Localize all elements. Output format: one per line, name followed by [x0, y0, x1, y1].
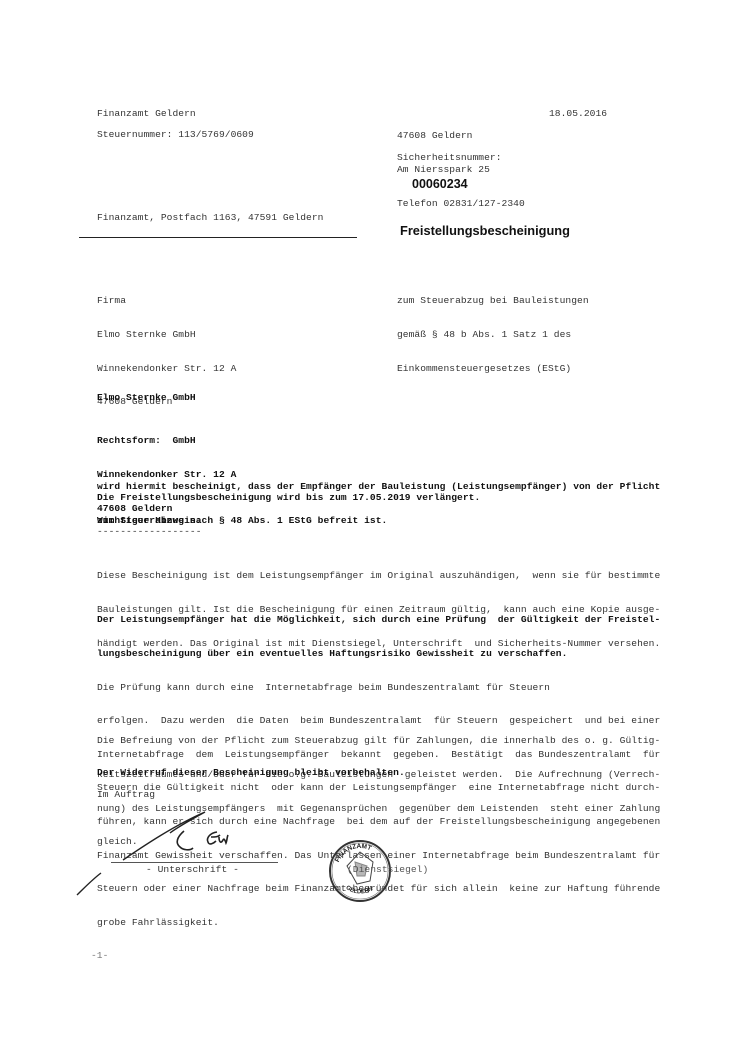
return-address: Finanzamt, Postfach 1163, 47591 Geldern	[97, 212, 323, 223]
seal-top-text: FINANZAMT	[334, 843, 372, 864]
sender-office: Finanzamt Geldern	[97, 108, 196, 119]
signature-scribble-icon	[75, 805, 285, 905]
seal-label: (Dienstsiegel)	[347, 864, 428, 875]
extension-notice: Die Freistellungsbescheinigung wird bis …	[97, 492, 480, 503]
subtitle-line: Einkommensteuergesetzes (EStG)	[397, 363, 589, 374]
revocation-notice: Der Widerruf dieser Bescheinigung bleibt…	[97, 767, 405, 778]
office-address-line: 47608 Geldern	[397, 130, 525, 141]
document-title: Freistellungsbescheinigung	[400, 223, 570, 238]
company-name: Elmo Sternke GmbH	[97, 392, 196, 403]
certification-line: wird hiermit bescheinigt, dass der Empfä…	[97, 481, 660, 492]
svg-text:FINANZAMT: FINANZAMT	[334, 843, 372, 864]
company-legal-form: Rechtsform: GmbH	[97, 435, 236, 446]
paragraph-line: Diese Bescheinigung ist dem Leistungsemp…	[97, 570, 660, 581]
notice-heading-underline: ------------------	[97, 526, 202, 537]
tax-number: Steuernummer: 113/5769/0609	[97, 129, 254, 140]
recipient-line: Elmo Sternke GmbH	[97, 329, 236, 340]
signature-label: - Unterschrift -	[146, 864, 239, 875]
page-number: -1-	[91, 950, 108, 961]
signature-line	[111, 862, 278, 863]
document-subtitle: zum Steuerabzug bei Bauleistungen gemäß …	[397, 273, 589, 385]
recipient-line: Winnekendonker Str. 12 A	[97, 363, 236, 374]
on-behalf-label: Im Auftrag	[97, 789, 155, 800]
paragraph-line: Die Prüfung kann durch eine Internetabfr…	[97, 682, 660, 693]
security-number-label: Sicherheitsnummer:	[397, 152, 502, 163]
paragraph-line: Die Befreiung von der Pflicht zum Steuer…	[97, 735, 660, 746]
paragraph-line-bold: lungsbescheinigung über ein eventuelles …	[97, 648, 660, 659]
paragraph-line-bold: Der Leistungsempfänger hat die Möglichke…	[97, 614, 660, 625]
office-address: 47608 Geldern Am Niersspark 25 Telefon 0…	[397, 108, 525, 220]
return-address-rule	[79, 237, 357, 238]
subtitle-line: gemäß § 48 b Abs. 1 Satz 1 des	[397, 329, 589, 340]
office-phone: Telefon 02831/127-2340	[397, 198, 525, 209]
subtitle-line: zum Steuerabzug bei Bauleistungen	[397, 295, 589, 306]
notice-heading: Wichtiger Hinweis:	[97, 515, 202, 526]
security-number: 00060234	[412, 177, 468, 191]
recipient-line: Firma	[97, 295, 236, 306]
paragraph-line: grobe Fahrlässigkeit.	[97, 917, 660, 928]
seal-bottom-text: GELDERN	[344, 885, 374, 896]
office-address-line: Am Niersspark 25	[397, 164, 525, 175]
document-date: 18.05.2016	[549, 108, 607, 119]
svg-text:GELDERN: GELDERN	[344, 885, 374, 896]
